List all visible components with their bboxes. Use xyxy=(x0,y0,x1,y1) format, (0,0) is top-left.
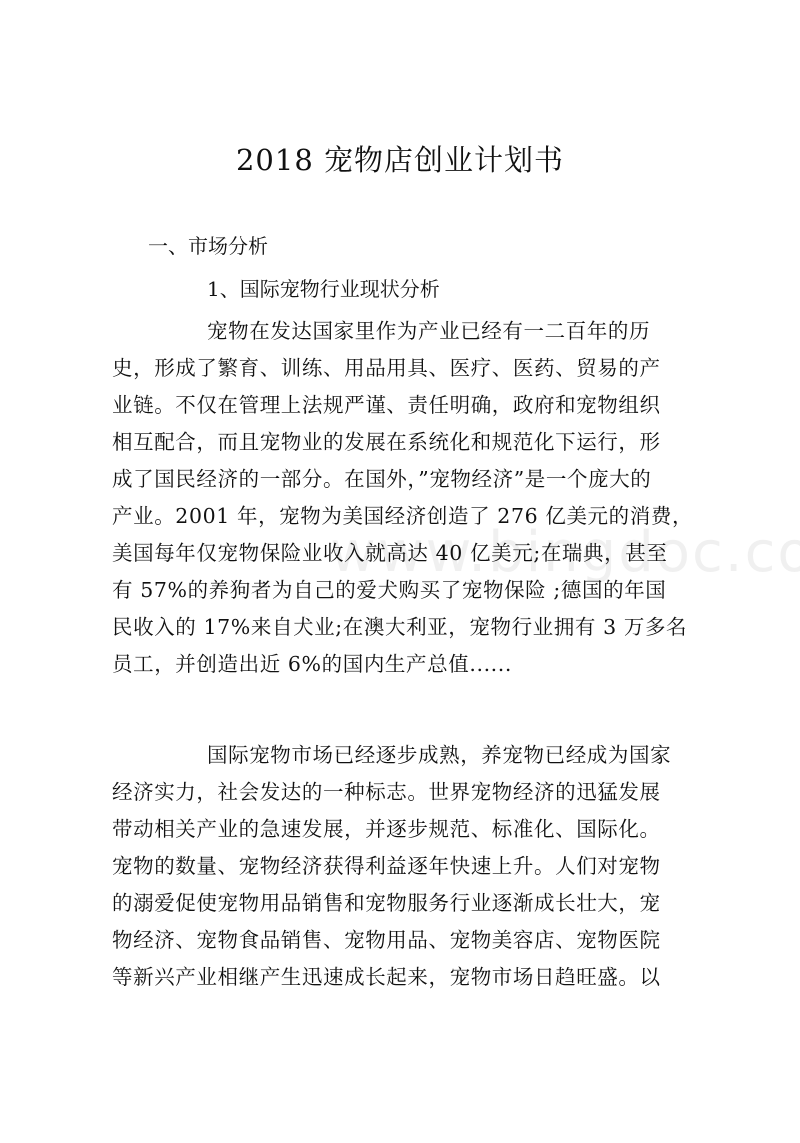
text-line: 业链。不仅在管理上法规严谨、责任明确，政府和宠物组织 xyxy=(112,391,692,419)
text-line: 带动相关产业的急速发展，并逐步规范、标准化、国际化。 xyxy=(112,815,692,843)
text-line: 相互配合，而且宠物业的发展在系统化和规范化下运行，形 xyxy=(112,428,692,456)
text-line: 民收入的 17%来自犬业;在澳大利亚，宠物行业拥有 3 万多名 xyxy=(112,613,692,641)
text-line: 史，形成了繁育、训练、用品用具、医疗、医药、贸易的产 xyxy=(112,354,692,382)
text-line: 宠物的数量、宠物经济获得利益逐年快速上升。人们对宠物 xyxy=(112,852,692,880)
text-line: 成了国民经济的一部分。在国外，”宠物经济”是一个庞大的 xyxy=(112,465,692,493)
document-page: www.bingdoc.com 2018 宠物店创业计划书 一、市场分析 1、国… xyxy=(0,0,800,1143)
text-line: 美国每年仅宠物保险业收入就高达 40 亿美元;在瑞典，甚至 xyxy=(112,539,692,567)
text-line: 有 57%的养狗者为自己的爱犬购买了宠物保险 ;德国的年国 xyxy=(112,576,692,604)
section-heading: 一、市场分析 xyxy=(148,232,268,260)
text-line: 员工，并创造出近 6%的国内生产总值...... xyxy=(112,650,692,678)
document-title: 2018 宠物店创业计划书 xyxy=(0,140,800,180)
text-line: 宠物在发达国家里作为产业已经有一二百年的历 xyxy=(207,317,692,345)
text-line: 的溺爱促使宠物用品销售和宠物服务行业逐渐成长壮大，宠 xyxy=(112,889,692,917)
text-line: 产业。2001 年，宠物为美国经济创造了 276 亿美元的消费， xyxy=(112,502,692,530)
subsection-heading: 1、国际宠物行业现状分析 xyxy=(207,275,440,303)
text-line: 经济实力，社会发达的一种标志。世界宠物经济的迅猛发展 xyxy=(112,778,692,806)
text-line: 国际宠物市场已经逐步成熟，养宠物已经成为国家 xyxy=(207,741,692,769)
text-line: 等新兴产业相继产生迅速成长起来，宠物市场日趋旺盛。以 xyxy=(112,963,692,991)
text-line: 物经济、宠物食品销售、宠物用品、宠物美容店、宠物医院 xyxy=(112,926,692,954)
